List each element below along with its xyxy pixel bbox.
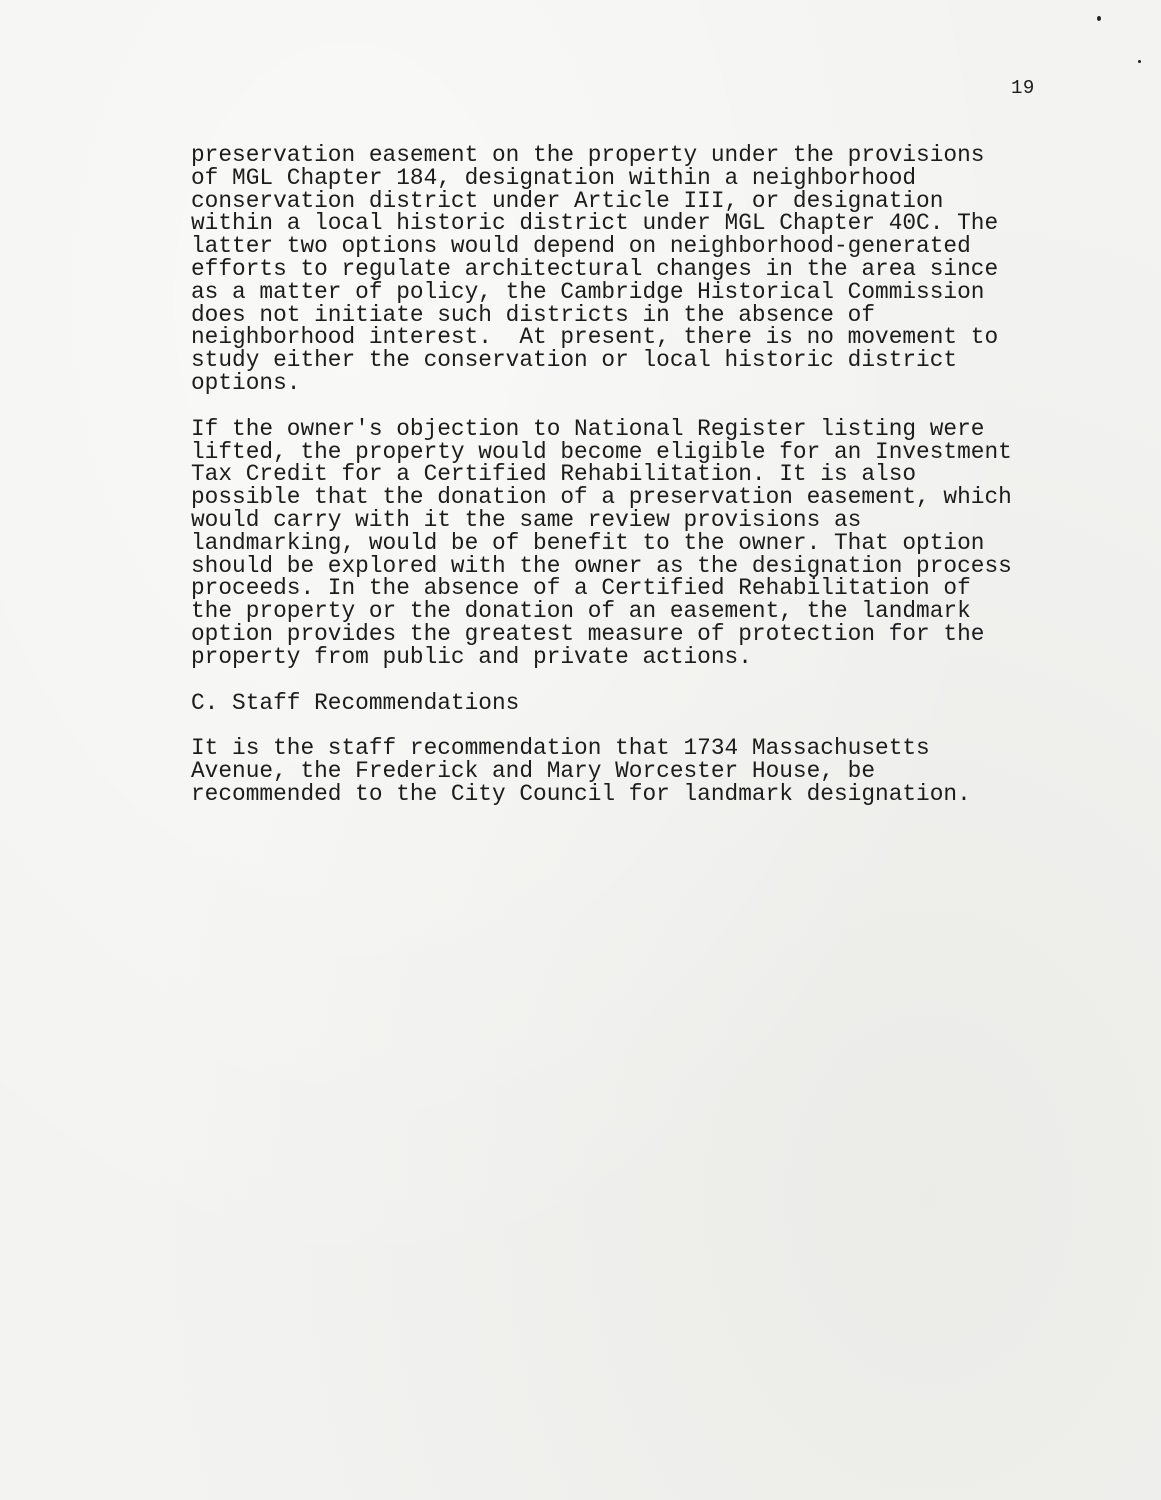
section-heading: C. Staff Recommendations xyxy=(191,692,1071,715)
text-line: lifted, the property would become eligib… xyxy=(191,441,1071,464)
text-line: efforts to regulate architectural change… xyxy=(191,258,1071,281)
scan-speck xyxy=(1097,16,1101,21)
text-line: study either the conservation or local h… xyxy=(191,349,1071,372)
text-line: proceeds. In the absence of a Certified … xyxy=(191,577,1071,600)
scan-speck xyxy=(1138,60,1141,63)
text-line: should be explored with the owner as the… xyxy=(191,555,1071,578)
scanned-page: 19 preservation easement on the property… xyxy=(0,0,1161,1500)
text-line: landmarking, would be of benefit to the … xyxy=(191,532,1071,555)
text-line: the property or the donation of an easem… xyxy=(191,600,1071,623)
text-line: within a local historic district under M… xyxy=(191,212,1071,235)
page-number: 19 xyxy=(1011,76,1035,100)
heading-text: C. Staff Recommendations xyxy=(191,692,1071,715)
text-line: property from public and private actions… xyxy=(191,646,1071,669)
paragraph-staff-recommendation: It is the staff recommendation that 1734… xyxy=(191,737,1071,805)
text-line: of MGL Chapter 184, designation within a… xyxy=(191,167,1071,190)
document-body: preservation easement on the property un… xyxy=(191,144,1071,829)
text-line: latter two options would depend on neigh… xyxy=(191,235,1071,258)
text-line: options. xyxy=(191,372,1071,395)
text-line: If the owner's objection to National Reg… xyxy=(191,418,1071,441)
paragraph-preservation-options: preservation easement on the property un… xyxy=(191,144,1071,395)
text-line: would carry with it the same review prov… xyxy=(191,509,1071,532)
text-line: conservation district under Article III,… xyxy=(191,190,1071,213)
text-line: Avenue, the Frederick and Mary Worcester… xyxy=(191,760,1071,783)
text-line: It is the staff recommendation that 1734… xyxy=(191,737,1071,760)
text-line: option provides the greatest measure of … xyxy=(191,623,1071,646)
text-line: preservation easement on the property un… xyxy=(191,144,1071,167)
text-line: Tax Credit for a Certified Rehabilitatio… xyxy=(191,463,1071,486)
text-line: recommended to the City Council for land… xyxy=(191,783,1071,806)
text-line: neighborhood interest. At present, there… xyxy=(191,326,1071,349)
text-line: possible that the donation of a preserva… xyxy=(191,486,1071,509)
paragraph-tax-credit: If the owner's objection to National Reg… xyxy=(191,418,1071,669)
text-line: as a matter of policy, the Cambridge His… xyxy=(191,281,1071,304)
text-line: does not initiate such districts in the … xyxy=(191,304,1071,327)
